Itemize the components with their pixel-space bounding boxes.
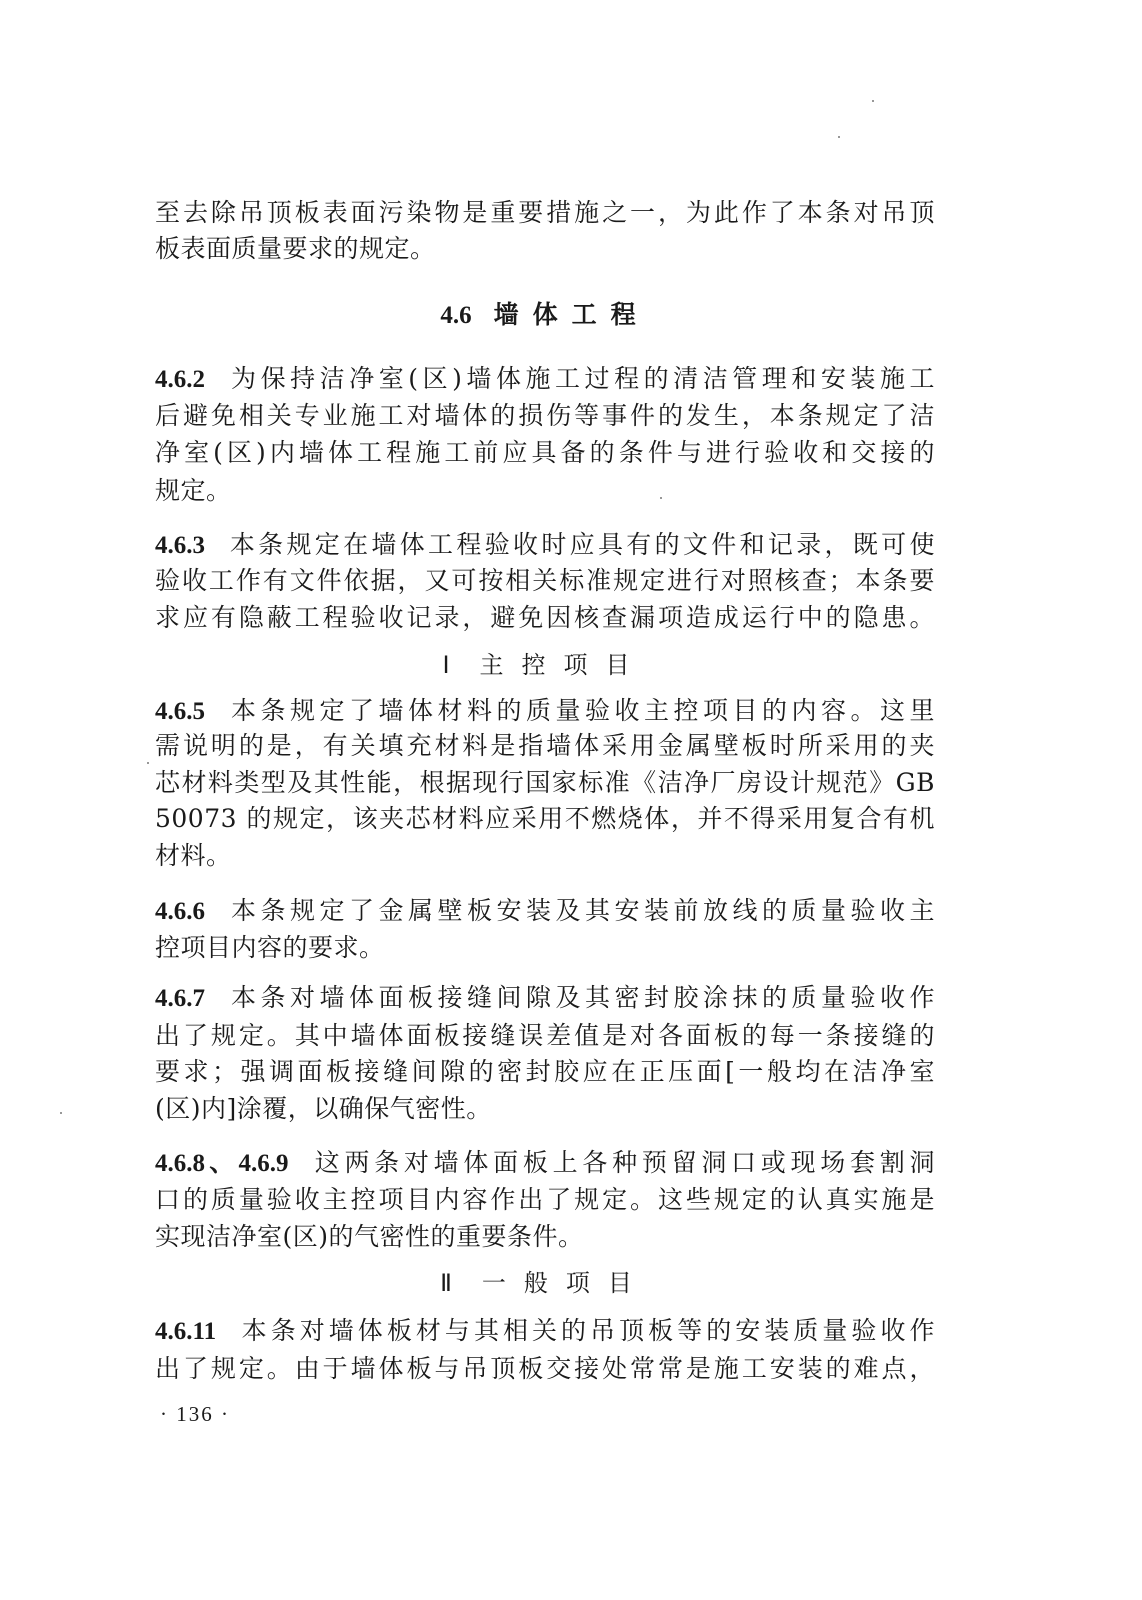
clause-line: 4.6.7本条对墙体面板接缝间隙及其密封胶涂抹的质量验收作 — [155, 979, 935, 1016]
clause-line: 50073 的规定，该夹芯材料应采用不燃烧体，并不得采用复合有机 — [155, 800, 935, 837]
clause-line: 4.6.3本条规定在墙体工程验收时应具有的文件和记录，既可使 — [155, 526, 935, 563]
subsection-heading: Ⅱ一般项目 — [155, 1265, 935, 1303]
clause-number: 4.6.11 — [155, 1318, 216, 1345]
clause-line: 要求；强调面板接缝间隙的密封胶应在正压面[一般均在洁净室 — [155, 1053, 935, 1090]
clause-line: 后避免相关专业施工对墙体的损伤等事件的发生，本条规定了洁 — [155, 397, 935, 434]
scan-speck — [60, 1112, 62, 1114]
paragraph-line: 板表面质量要求的规定。 — [155, 230, 935, 267]
scan-speck — [838, 136, 840, 138]
page-number: · 136 · — [160, 1402, 230, 1427]
subsection-title: 主控项目 — [480, 651, 648, 679]
scan-speck — [872, 100, 874, 102]
subsection-numeral: Ⅱ — [440, 1271, 452, 1297]
section-heading: 4.6墙体工程 — [155, 296, 935, 334]
clause-line: 控项目内容的要求。 — [155, 929, 935, 966]
clause-number: 4.6.7 — [155, 985, 205, 1012]
clause-line: 出了规定。其中墙体面板接缝误差值是对各面板的每一条接缝的 — [155, 1017, 935, 1054]
clause-number: 4.6.8、4.6.9 — [155, 1150, 288, 1177]
subsection-title: 一般项目 — [482, 1269, 650, 1297]
clause-number: 4.6.6 — [155, 898, 205, 925]
clause-line: 芯材料类型及其性能，根据现行国家标准《洁净厂房设计规范》GB — [155, 764, 935, 801]
clause-line: 规定。 — [155, 472, 935, 509]
paragraph-line: 至去除吊顶板表面污染物是重要措施之一，为此作了本条对吊顶 — [155, 194, 935, 231]
scan-speck — [147, 762, 149, 764]
clause-line: 需说明的是，有关填充材料是指墙体采用金属壁板时所采用的夹 — [155, 727, 935, 764]
clause-line: (区)内]涂覆，以确保气密性。 — [155, 1090, 935, 1127]
subsection-numeral: Ⅰ — [442, 653, 449, 679]
clause-line: 净室(区)内墙体工程施工前应具备的条件与进行验收和交接的 — [155, 434, 935, 471]
clause-line: 4.6.8、4.6.9这两条对墙体面板上各种预留洞口或现场套割洞 — [155, 1144, 935, 1181]
clause-line: 4.6.6本条规定了金属壁板安装及其安装前放线的质量验收主 — [155, 892, 935, 929]
clause-number: 4.6.5 — [155, 698, 205, 725]
clause-line: 4.6.11本条对墙体板材与其相关的吊顶板等的安装质量验收作 — [155, 1312, 935, 1349]
section-title: 墙体工程 — [494, 300, 650, 329]
section-number: 4.6 — [440, 302, 471, 329]
clause-line: 口的质量验收主控项目内容作出了规定。这些规定的认真实施是 — [155, 1181, 935, 1218]
subsection-heading: Ⅰ主控项目 — [155, 647, 935, 685]
clause-number: 4.6.2 — [155, 366, 205, 393]
clause-line: 4.6.2为保持洁净室(区)墙体施工过程的清洁管理和安装施工 — [155, 360, 935, 397]
clause-line: 4.6.5本条规定了墙体材料的质量验收主控项目的内容。这里 — [155, 692, 935, 729]
clause-line: 出了规定。由于墙体板与吊顶板交接处常常是施工安装的难点， — [155, 1350, 935, 1387]
clause-line: 验收工作有文件依据，又可按相关标准规定进行对照核查；本条要 — [155, 562, 935, 599]
clause-line: 实现洁净室(区)的气密性的重要条件。 — [155, 1218, 935, 1255]
clause-line: 求应有隐蔽工程验收记录，避免因核查漏项造成运行中的隐患。 — [155, 599, 935, 636]
clause-line: 材料。 — [155, 837, 935, 874]
clause-number: 4.6.3 — [155, 532, 205, 559]
scan-speck — [660, 497, 662, 499]
